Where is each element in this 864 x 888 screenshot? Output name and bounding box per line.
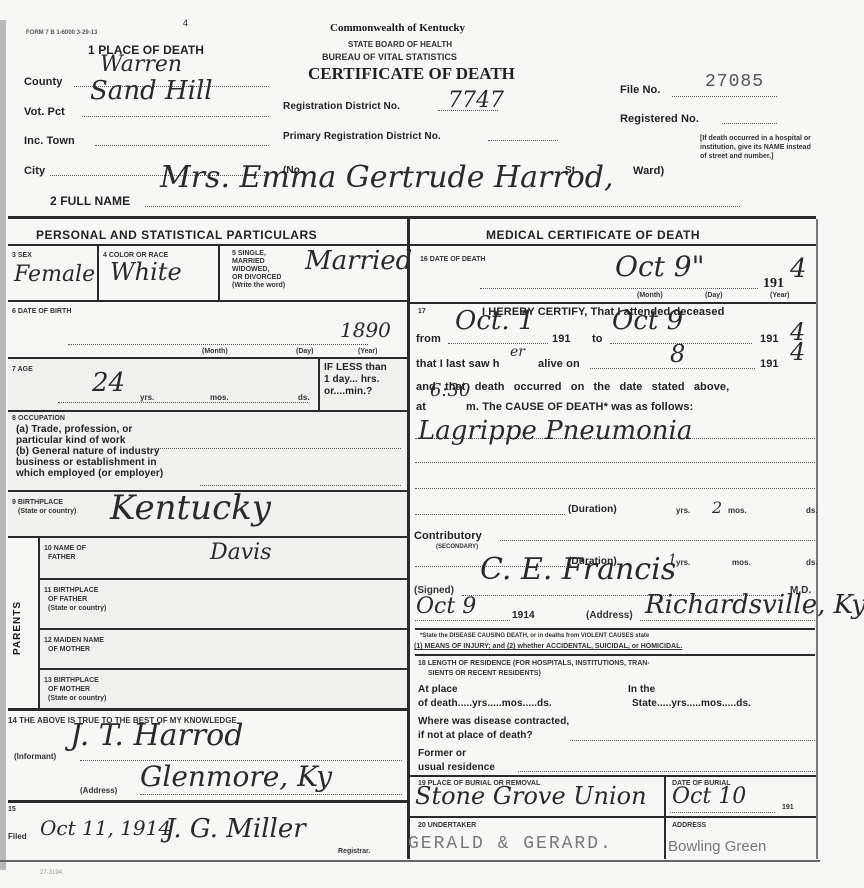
age-ds-label: ds. (298, 393, 310, 402)
medical-section-title: MEDICAL CERTIFICATE OF DEATH (486, 228, 700, 242)
dod-year-suffix: 4 (790, 254, 807, 284)
residence-heading-1: 18 LENGTH OF RESIDENCE (FOR HOSPITALS, I… (418, 660, 650, 667)
less-than-label-2: 1 day... hrs. (324, 374, 387, 386)
occupation-a-line-1: (a) Trade, profession, or (12, 424, 163, 435)
at-place-label: At place (418, 684, 458, 695)
reg-district-value: 7747 (448, 88, 504, 113)
mother-name-label-1: 12 MAIDEN NAME (44, 636, 104, 645)
from-year-prefix: 191 (552, 333, 571, 345)
reg-district-label: Registration District No. (283, 101, 400, 112)
marital-label-1: 5 SINGLE, (232, 250, 285, 258)
father-name-label-1: 10 NAME OF (44, 544, 86, 553)
marital-label-3: WIDOWED, (232, 266, 285, 274)
undertaker-address-value: Bowling Green (668, 838, 766, 855)
informant-value: J. T. Harrod (70, 718, 243, 753)
of-death-duration: of death.....yrs.....mos.....ds. (418, 698, 552, 709)
commonwealth-heading: Commonwealth of Kentucky (330, 22, 465, 34)
filed-value: Oct 11, 1914 (40, 816, 171, 840)
residence-heading-2: SIENTS OR RECENT RESIDENTS) (428, 670, 541, 677)
signed-year: 1914 (512, 610, 535, 621)
age-label: 7 AGE (12, 366, 33, 373)
cause-of-death-value: Lagrippe Pneumonia (418, 416, 692, 446)
at-label: at (416, 401, 426, 413)
duration-ds-label: ds. (806, 506, 818, 515)
hospital-note: [If death occurred in a hospital or inst… (700, 134, 815, 161)
state-duration: State.....yrs.....mos.....ds. (632, 698, 751, 709)
vot-pct-value: Sand Hill (90, 76, 213, 106)
last-saw-label: that I last saw h (416, 358, 500, 370)
street-label: St., (565, 165, 581, 176)
where-contracted-label-2: if not at place of death? (418, 730, 533, 741)
occupation-a-line-2: particular kind of work (12, 435, 163, 446)
bureau-heading: BUREAU OF VITAL STATISTICS (322, 52, 457, 62)
burial-year-prefix: 191 (782, 804, 794, 811)
county-value: Warren (100, 52, 182, 77)
personal-section-title: PERSONAL AND STATISTICAL PARTICULARS (36, 228, 317, 242)
alive-on-value: 8 (670, 340, 685, 368)
father-name-value: Davis (210, 540, 272, 565)
bottom-stamp: 27-3194 (40, 870, 62, 876)
dob-month-label: (Month) (202, 348, 228, 355)
signed-date: Oct 9 (416, 594, 476, 619)
page-mark: 4 (183, 18, 188, 28)
dob-year: 1890 (340, 318, 391, 342)
where-contracted-label-1: Where was disease contracted, (418, 716, 569, 727)
father-name-label-2: FATHER (44, 553, 86, 562)
doctor-address-label: (Address) (586, 610, 633, 621)
registrar-value: J. G. Miller (165, 814, 306, 844)
footnote-line-2: (1) MEANS OF INJURY; and (2) whether ACC… (414, 643, 682, 650)
dob-day-label: (Day) (296, 348, 314, 355)
dod-day-label: (Day) (705, 292, 723, 299)
age-mos-label: mos. (210, 393, 229, 402)
age-value: 24 (92, 368, 125, 398)
doctor-address-value: Richardsville, Ky (645, 590, 864, 620)
section-divider (407, 219, 410, 859)
death-certificate: FORM 7 B 1-6000 3-29-13 4 1 PLACE OF DEA… (0, 0, 864, 888)
street-no-label: (No. (283, 165, 303, 176)
signed-value: C. E. Francis (480, 552, 676, 587)
age-yrs-label: yrs. (140, 393, 154, 402)
dod-year-prefix: 191 (763, 276, 784, 292)
ward-label: Ward) (633, 165, 664, 177)
marital-value: Married (305, 246, 412, 276)
undertaker-label: 20 UNDERTAKER (418, 822, 476, 829)
primary-reg-label: Primary Registration District No. (283, 131, 441, 142)
dod-month-label: (Month) (637, 292, 663, 299)
dob-year-label: (Year) (358, 348, 377, 355)
cause-text: m. The CAUSE OF DEATH* was as follows: (466, 401, 693, 413)
birthplace-value: Kentucky (110, 488, 271, 528)
marital-label-4: OR DIVORCED (232, 274, 285, 282)
from-value: Oct. 1 (455, 306, 534, 336)
duration2-mos-label: mos. (732, 558, 751, 567)
header-divider (8, 216, 816, 219)
full-name-label: 2 FULL NAME (50, 194, 130, 208)
birthplace-sublabel: (State or country) (12, 507, 76, 516)
footnote-line-1: *State the DISEASE CAUSING DEATH, or in … (420, 633, 649, 639)
filed-label: Filed (8, 832, 27, 841)
occupation-b-line-3: which employed (or employer) (12, 468, 163, 479)
sex-label: 3 SEX (12, 252, 32, 259)
in-the-label: In the (628, 684, 655, 695)
mother-birthplace-label-1: 13 BIRTHPLACE (44, 676, 106, 685)
duration-mos-value: 2 (712, 498, 722, 517)
dod-year-label: (Year) (770, 292, 789, 299)
item-17: 17 (418, 308, 426, 315)
alive-year-suffix: 4 (790, 338, 805, 366)
full-name-value: Mrs. Emma Gertrude Harrod, (160, 160, 614, 195)
former-residence-label-1: Former or (418, 748, 466, 759)
file-no-label: File No. (620, 84, 661, 96)
birthplace-label: 9 BIRTHPLACE (12, 498, 76, 507)
informant-label: (Informant) (14, 752, 56, 761)
to-year-prefix: 191 (760, 333, 779, 345)
contributory-label: Contributory (414, 530, 482, 542)
at-value: 6:30 (430, 380, 470, 401)
occupation-b-line-1: (b) General nature of industry (12, 446, 163, 457)
burial-date-value: Oct 10 (672, 784, 746, 809)
informant-address-value: Glenmore, Ky (140, 760, 332, 793)
mother-birthplace-label-3: (State or country) (44, 694, 106, 703)
alive-year-prefix: 191 (760, 358, 779, 370)
county-label: County (24, 76, 62, 88)
occupation-b-line-2: business or establishment in (12, 457, 163, 468)
sex-value: Female (14, 262, 95, 287)
city-label: City (24, 165, 45, 177)
color-value: White (110, 258, 182, 286)
occupation-label: 8 OCCUPATION (12, 413, 163, 424)
burial-place-value: Stone Grove Union (415, 782, 647, 810)
dob-label: 6 DATE OF BIRTH (12, 308, 71, 315)
from-label: from (416, 333, 441, 345)
father-birthplace-label-1: 11 BIRTHPLACE (44, 586, 106, 595)
mother-birthplace-label-2: OF MOTHER (44, 685, 106, 694)
scan-edge (0, 20, 6, 870)
certificate-title: CERTIFICATE OF DEATH (308, 64, 515, 84)
less-than-label-3: or....min.? (324, 386, 387, 398)
registrar-label: Registrar. (338, 848, 370, 855)
father-birthplace-label-2: OF FATHER (44, 595, 106, 604)
form-code: FORM 7 B 1-6000 3-29-13 (26, 30, 97, 36)
inc-town-label: Inc. Town (24, 135, 75, 147)
secondary-label: (SECONDARY) (436, 544, 478, 550)
marital-label-2: MARRIED (232, 258, 285, 266)
former-residence-label-2: usual residence (418, 762, 495, 773)
registered-no-label: Registered No. (620, 113, 699, 125)
undertaker-value: GERALD & GERARD. (408, 834, 613, 854)
file-no-value: 27085 (705, 72, 764, 92)
alive-on-label: alive on (538, 358, 580, 370)
vot-pct-label: Vot. Pct (24, 106, 65, 118)
to-value: Oct 9 (612, 306, 683, 336)
board-heading: STATE BOARD OF HEALTH (348, 40, 452, 49)
parents-label: PARENTS (12, 601, 23, 655)
duration-label: (Duration) (568, 504, 617, 515)
item-15: 15 (8, 806, 16, 813)
undertaker-address-label: ADDRESS (672, 822, 706, 829)
less-than-label-1: IF LESS than (324, 362, 387, 374)
marital-label-5: (Write the word) (232, 282, 285, 290)
date-of-death-label: 16 DATE OF DEATH (420, 256, 485, 263)
duration2-ds-label: ds. (806, 558, 818, 567)
to-label: to (592, 333, 603, 345)
last-saw-pronoun: er (510, 344, 525, 360)
mother-name-label-2: OF MOTHER (44, 645, 104, 654)
date-of-death-value: Oct 9" (615, 250, 704, 283)
duration-yrs-label: yrs. (676, 506, 690, 515)
duration-mos-label: mos. (728, 506, 747, 515)
father-birthplace-label-3: (State or country) (44, 604, 106, 613)
informant-address-label: (Address) (80, 786, 117, 795)
duration2-yrs-label: yrs. (676, 558, 690, 567)
